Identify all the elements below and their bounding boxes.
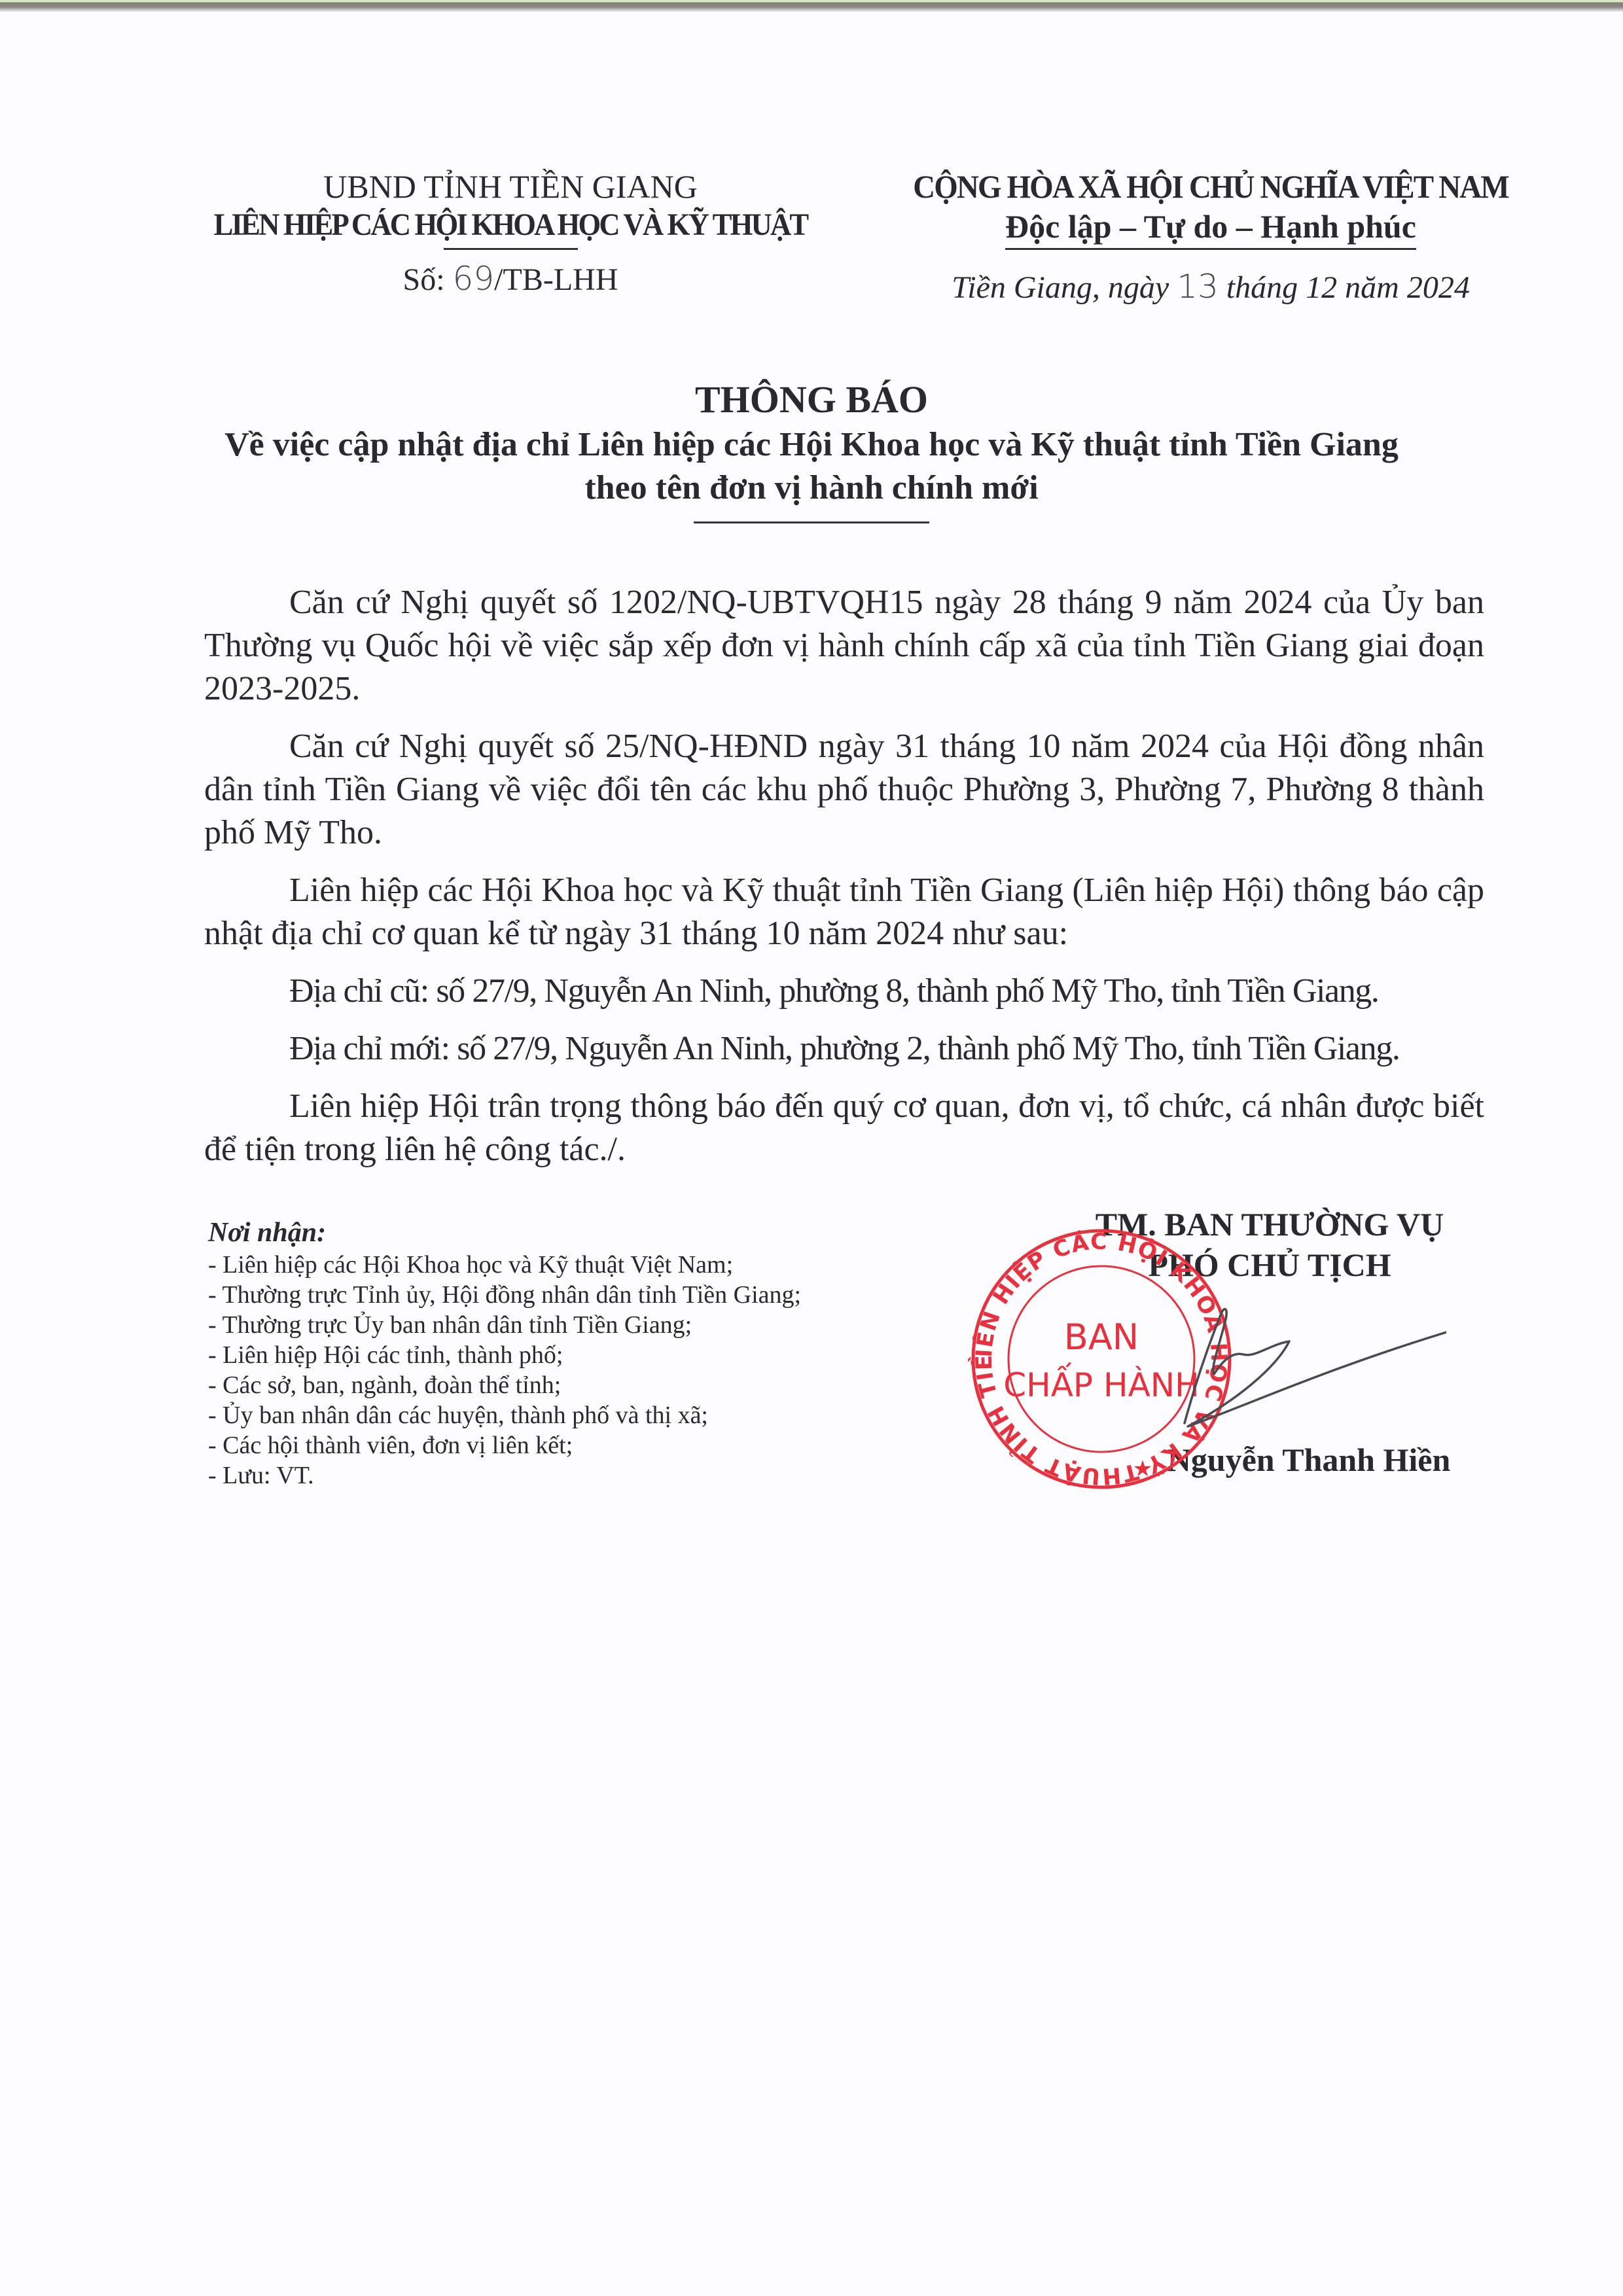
- paragraph-legal-basis-1: Căn cứ Nghị quyết số 1202/NQ-UBTVQH15 ng…: [204, 581, 1484, 711]
- seal-star-icon: ★: [1133, 1456, 1152, 1482]
- paragraph-old-address: Địa chỉ cũ: số 27/9, Nguyễn An Ninh, phư…: [204, 970, 1484, 1013]
- paragraph-legal-basis-2: Căn cứ Nghị quyết số 25/NQ-HĐND ngày 31 …: [204, 725, 1484, 855]
- header-right: CỘNG HÒA XÃ HỘI CHỦ NGHĨA VIỆT NAM Độc l…: [890, 167, 1531, 308]
- header-left-rule: [444, 248, 578, 250]
- header-left: UBND TỈNH TIỀN GIANG LIÊN HIỆP CÁC HỘI K…: [157, 167, 864, 300]
- recipient-item: - Các sở, ban, ngành, đoàn thể tỉnh;: [208, 1370, 961, 1400]
- document-title-block: THÔNG BÁO Về việc cập nhật địa chỉ Liên …: [157, 376, 1466, 523]
- recipient-item: - Thường trực Ủy ban nhân dân tỉnh Tiền …: [208, 1310, 961, 1340]
- document-type: THÔNG BÁO: [157, 376, 1466, 423]
- number-handwritten: 69: [453, 260, 495, 298]
- number-prefix: Số:: [403, 262, 453, 297]
- recipient-item: - Các hội thành viên, đơn vị liên kết;: [208, 1430, 961, 1460]
- date-suffix: tháng 12 năm 2024: [1219, 270, 1470, 305]
- authority-name: UBND TỈNH TIỀN GIANG: [157, 167, 864, 206]
- number-suffix: /TB-LHH: [494, 262, 618, 297]
- recipients-heading: Nơi nhận:: [208, 1216, 961, 1250]
- recipient-item: - Ủy ban nhân dân các huyện, thành phố v…: [208, 1400, 961, 1430]
- paragraph-announcement: Liên hiệp các Hội Khoa học và Kỹ thuật t…: [204, 869, 1484, 955]
- recipient-item: - Liên hiệp các Hội Khoa học và Kỹ thuật…: [208, 1250, 961, 1280]
- subject-line-2: theo tên đơn vị hành chính mới: [157, 467, 1466, 510]
- date-day-handwritten: 13: [1177, 268, 1219, 306]
- paragraph-closing: Liên hiệp Hội trân trọng thông báo đến q…: [204, 1085, 1484, 1171]
- recipients-list: - Liên hiệp các Hội Khoa học và Kỹ thuật…: [208, 1250, 961, 1491]
- recipient-item: - Lưu: VT.: [208, 1460, 961, 1491]
- national-motto: Độc lập – Tự do – Hạnh phúc: [1005, 206, 1416, 250]
- national-title: CỘNG HÒA XÃ HỘI CHỦ NGHĨA VIỆT NAM: [909, 167, 1512, 206]
- title-rule: [694, 521, 929, 523]
- recipient-item: - Liên hiệp Hội các tỉnh, thành phố;: [208, 1340, 961, 1370]
- place-date: Tiền Giang, ngày 13 tháng 12 năm 2024: [890, 267, 1531, 308]
- organization-name: LIÊN HIỆP CÁC HỘI KHOA HỌC VÀ KỸ THUẬT: [182, 206, 839, 244]
- document-number: Số: 69/TB-LHH: [157, 259, 864, 300]
- recipient-item: - Thường trực Tỉnh ủy, Hội đồng nhân dân…: [208, 1280, 961, 1310]
- document-body: Căn cứ Nghị quyết số 1202/NQ-UBTVQH15 ng…: [204, 581, 1484, 1186]
- scan-top-edge: [0, 0, 1623, 12]
- handwritten-signature-icon: [1080, 1289, 1446, 1439]
- date-prefix: Tiền Giang, ngày: [952, 270, 1177, 305]
- recipients-block: Nơi nhận: - Liên hiệp các Hội Khoa học v…: [208, 1216, 961, 1491]
- subject-line-1: Về việc cập nhật địa chỉ Liên hiệp các H…: [157, 423, 1466, 467]
- paragraph-new-address: Địa chỉ mới: số 27/9, Nguyễn An Ninh, ph…: [204, 1027, 1484, 1070]
